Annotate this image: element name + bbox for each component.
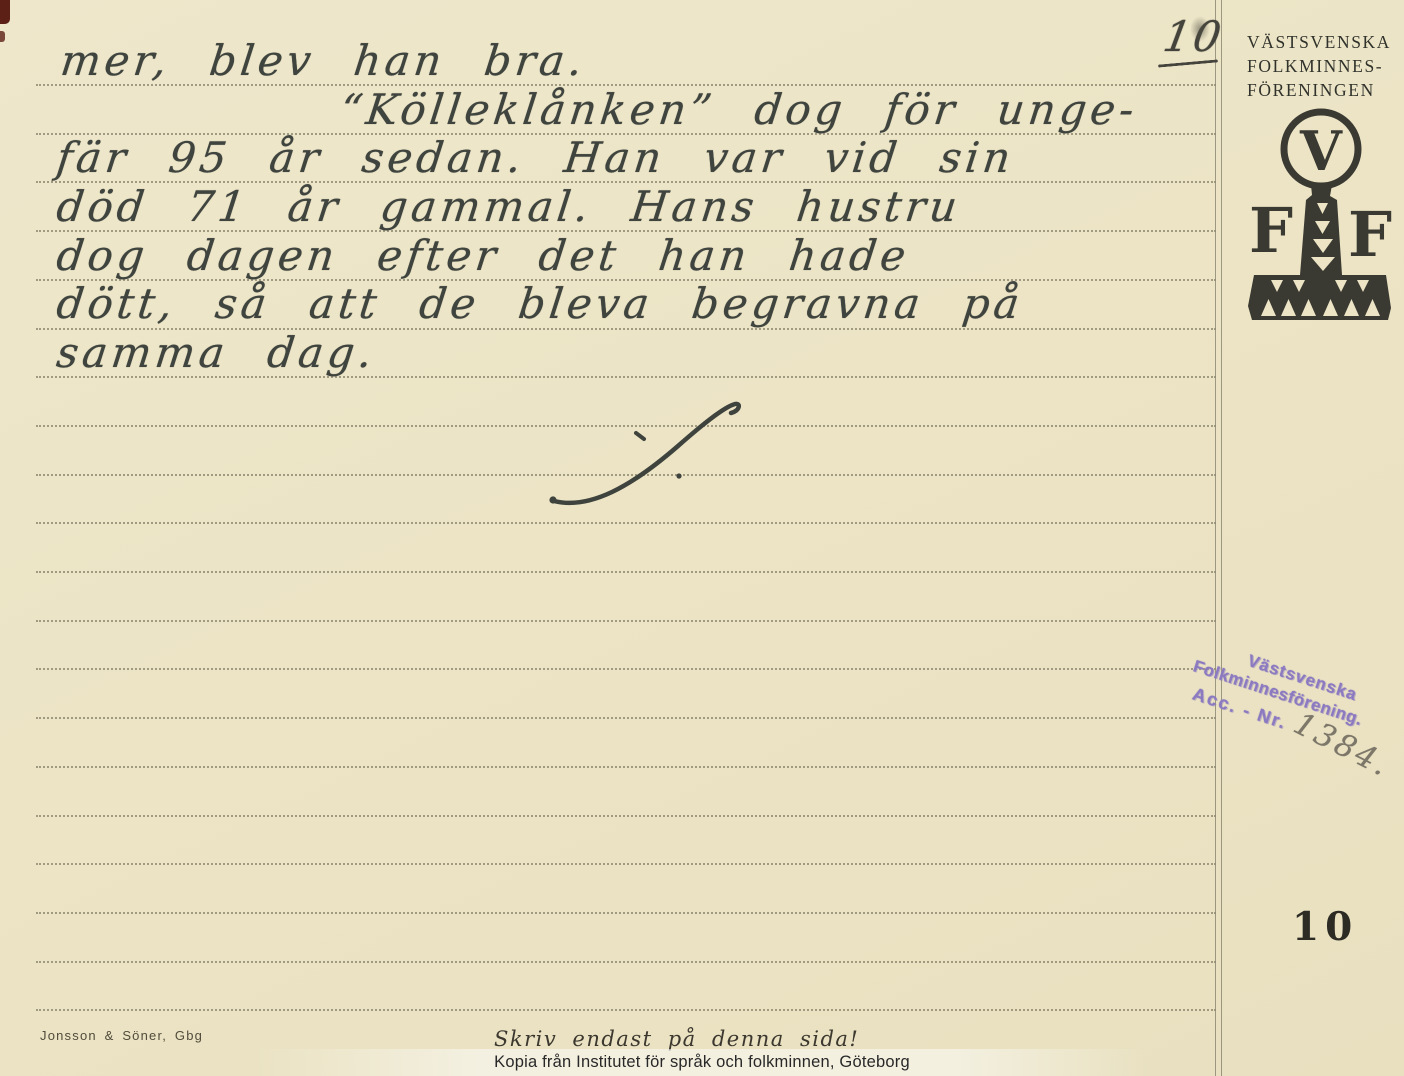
dotted-rule-line	[36, 961, 1216, 963]
dotted-rule-line	[36, 815, 1216, 817]
archive-record-card: mer, blev han bra. “Kölleklånken” dog fö…	[0, 0, 1404, 1076]
scan-corner-mark	[0, 0, 10, 24]
dotted-rule-line	[36, 912, 1216, 914]
handwritten-line: mer, blev han bra.	[58, 36, 589, 85]
scan-corner-mark	[0, 31, 5, 42]
handwritten-line: fär 95 år sedan. Han var vid sin	[54, 133, 1017, 182]
dotted-rule-line	[36, 620, 1216, 622]
dotted-rule-line	[36, 863, 1216, 865]
org-name-line: VÄSTSVENSKA	[1247, 30, 1391, 54]
printer-credit: Jonsson & Söner, Gbg	[40, 1028, 203, 1043]
organization-name: VÄSTSVENSKA FOLKMINNES- FÖRENINGEN	[1247, 30, 1391, 102]
ink-smudge	[1190, 16, 1210, 42]
org-name-line: FOLKMINNES-	[1247, 54, 1391, 78]
handwritten-line: dog dagen efter det han hade	[54, 231, 912, 280]
copy-caption: Kopia från Institutet för språk och folk…	[494, 1053, 910, 1072]
logo-letter-f-right: F	[1348, 198, 1392, 271]
write-only-this-side-instruction: Skriv endast på denna sida!	[494, 1027, 859, 1051]
handwritten-line: samma dag.	[54, 328, 379, 377]
dotted-rule-line	[36, 668, 1216, 670]
accession-stamp: Västsvenska Folkminnesförening. Acc. - N…	[1180, 634, 1404, 772]
thors-hammer-logo-icon: V F F	[1245, 96, 1395, 352]
dotted-rule-line	[36, 1009, 1216, 1011]
dotted-rule-line	[36, 571, 1216, 573]
margin-divider-line	[1215, 0, 1222, 1076]
logo-letter-f-left: F	[1249, 194, 1293, 267]
dotted-rule-line	[36, 522, 1216, 524]
signature-flourish	[540, 388, 750, 518]
logo-letter-v: V	[1299, 119, 1343, 183]
dotted-rule-line	[36, 766, 1216, 768]
handwritten-line: dött, så att de bleva begravna på	[54, 279, 1026, 328]
printed-page-number: 10	[1292, 904, 1358, 950]
copy-caption-band: Kopia från Institutet för språk och folk…	[0, 1049, 1404, 1076]
dotted-rule-line	[36, 717, 1216, 719]
handwritten-line: “Kölleklånken” dog för unge-	[338, 85, 1141, 134]
handwritten-line: död 71 år gammal. Hans hustru	[54, 182, 964, 231]
